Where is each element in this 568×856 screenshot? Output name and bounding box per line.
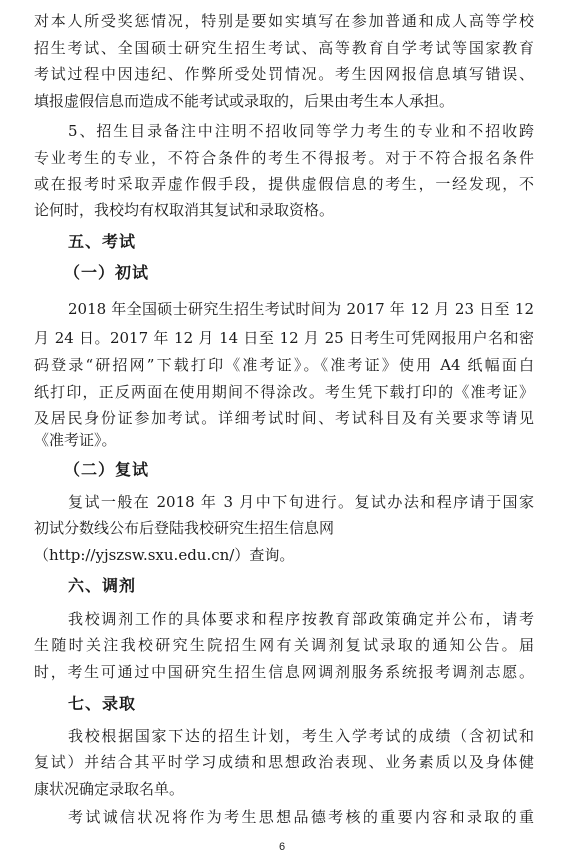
section-heading-adjustment: 六、调剂 (68, 576, 136, 596)
paragraph-line: 填报虚假信息而造成不能考试或录取的，后果由考生本人承担。 (34, 91, 534, 111)
subsection-heading-retest: （二）复试 (64, 460, 149, 480)
paragraph-line: 生随时关注我校研究生院招生网有关调剂复试录取的通知公告。届 (34, 635, 534, 655)
section-heading-admission: 七、录取 (68, 694, 136, 714)
paragraph-line: 《准考证》。 (34, 430, 534, 450)
paragraph-line: 5、招生目录备注中注明不招收同等学力考生的专业和不招收跨 (68, 121, 534, 141)
paragraph-line: 初试分数线公布后登陆我校研究生招生信息网 (34, 518, 534, 538)
paragraph-line: 专业考生的专业，不符合条件的考生不得报考。对于不符合报名条件 (34, 148, 534, 168)
paragraph-line: 复试）并结合其平时学习成绩和思想政治表现、业务素质以及身体健 (34, 752, 534, 772)
paragraph-line: 我校调剂工作的具体要求和程序按教育部政策确定并公布，请考 (68, 609, 534, 629)
paragraph-line: 复试一般在 2018 年 3 月中下旬进行。复试办法和程序请于国家 (68, 492, 534, 512)
retest-url-line: （http://yjszsw.sxu.edu.cn/）查询。 (34, 545, 534, 565)
page-number: 6 (279, 841, 285, 853)
paragraph-line: 月 24 日。2017 年 12 月 14 日至 12 月 25 日考生可凭网报… (34, 328, 534, 348)
paragraph-line: 纸打印，正反两面在使用期间不得涂改。考生凭下载打印的《准考证》 (34, 382, 534, 402)
paragraph-line: 2018 年全国硕士研究生招生考试时间为 2017 年 12 月 23 日至 1… (68, 299, 534, 319)
paragraph-line: 考试诚信状况将作为考生思想品德考核的重要内容和录取的重 (68, 807, 534, 827)
paragraph-line: 或在报考时采取弄虚作假手段，提供虚假信息的考生，一经发现，不 (34, 174, 534, 194)
paragraph-line: 对本人所受奖惩情况，特别是要如实填写在参加普通和成人高等学校 (34, 11, 534, 31)
subsection-heading-preliminary: （一）初试 (64, 263, 149, 283)
paragraph-line: 我校根据国家下达的招生计划，考生入学考试的成绩（含初试和 (68, 726, 534, 746)
paragraph-line: 康状况确定录取名单。 (34, 779, 534, 799)
paragraph-line: 时，考生可通过中国研究生招生信息网调剂服务系统报考调剂志愿。 (34, 662, 534, 682)
paragraph-line: 考试过程中因违纪、作弊所受处罚情况。考生因网报信息填写错误、 (34, 64, 534, 84)
paragraph-line: 码登录“研招网”下载打印《准考证》。《准考证》使用 A4 纸幅面白 (34, 355, 534, 375)
paragraph-line: 及居民身份证参加考试。详细考试时间、考试科目及有关要求等请见 (34, 408, 534, 428)
paragraph-line: 论何时，我校均有权取消其复试和录取资格。 (34, 200, 534, 220)
paragraph-line: 招生考试、全国硕士研究生招生考试、高等教育自学考试等国家教育 (34, 38, 534, 58)
section-heading-exam: 五、考试 (68, 232, 136, 252)
